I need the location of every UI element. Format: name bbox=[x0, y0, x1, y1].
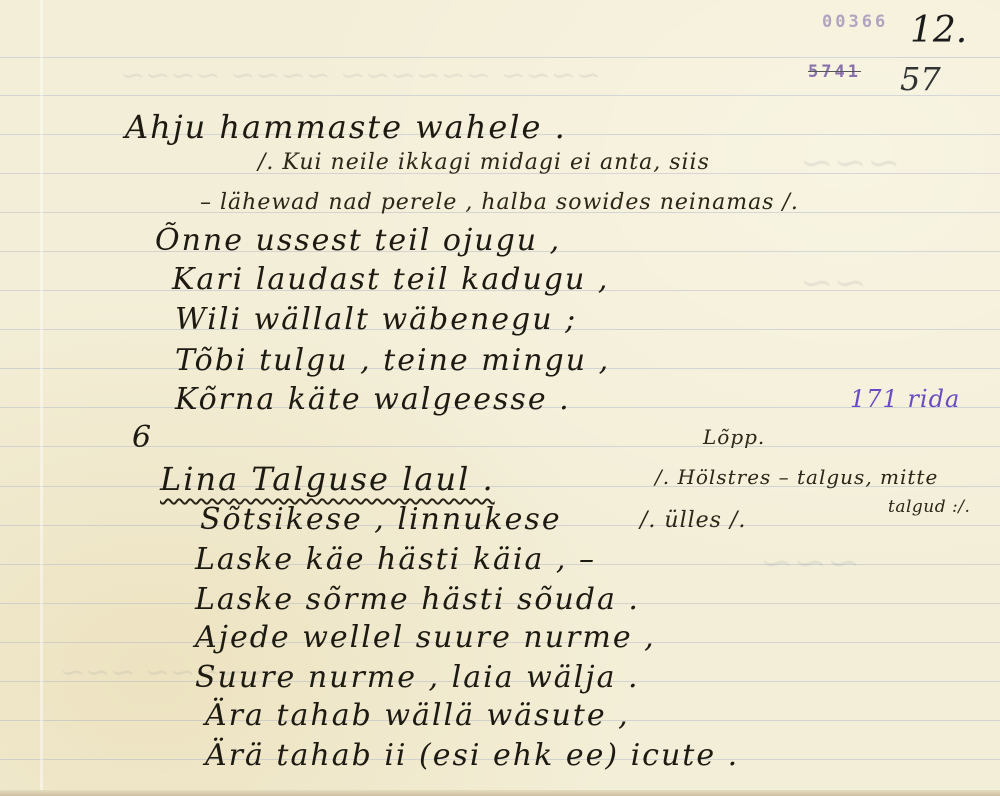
page-number: 57 bbox=[900, 60, 941, 98]
song1-verse: Kõrna käte walgeesse . bbox=[175, 382, 571, 417]
folio-number: 12. bbox=[910, 10, 967, 51]
archive-number-struck: 5741 bbox=[808, 62, 861, 82]
song2-verse: Ära tahab wällä wäsute , bbox=[205, 698, 630, 733]
song1-end-mark: Lõpp. bbox=[703, 425, 765, 449]
song2-title-note-line2: talgud :/. bbox=[888, 497, 970, 517]
song2-verse1-note: /. ülles /. bbox=[640, 508, 746, 533]
ruled-line bbox=[0, 95, 1000, 96]
song1-verse: Õnne ussest teil ojugu , bbox=[155, 223, 561, 258]
song1-verse: Tõbi tulgu , teine mingu , bbox=[175, 343, 610, 378]
bleed-through-text: ~~ bbox=[800, 260, 867, 306]
song1-verse: Wili wällalt wäbenegu ; bbox=[175, 302, 577, 337]
manuscript-page: ~~~~ ~~~~~~ ~~~~ ~~~~ ~~~ ~~ ~~~ ~~~~~~ … bbox=[0, 0, 1000, 796]
line-count-note: 171 rida bbox=[850, 385, 960, 413]
song2-verse: Ajede wellel suure nurme , bbox=[195, 620, 656, 655]
bleed-through-text: ~~~~ ~~~~~~ ~~~~ ~~~~ bbox=[120, 58, 601, 93]
song2-title: Lina Talguse laul . bbox=[160, 460, 495, 498]
archive-stamp: 00366 bbox=[822, 12, 888, 32]
paper-fold bbox=[40, 0, 43, 796]
bleed-through-text: ~~~ bbox=[760, 540, 861, 586]
song1-verse: Kari laudast teil kadugu , bbox=[172, 262, 609, 297]
song2-verse: Suure nurme , laia wälja . bbox=[195, 660, 640, 695]
bleed-through-text: ~~~ bbox=[800, 140, 901, 186]
song1-note-line2: – lähewad nad perele , halba sowides nei… bbox=[200, 190, 799, 215]
song2-verse: Laske sõrme hästi sõuda . bbox=[195, 582, 640, 617]
song2-title-note-line1: /. Hölstres – talgus, mitte bbox=[655, 465, 938, 489]
paper-edge bbox=[0, 790, 1000, 796]
song2-verse: Ärä tahab ii (esi ehk ee) icute . bbox=[205, 738, 739, 773]
song1-title: Ahju hammaste wahele . bbox=[125, 108, 567, 146]
song2-number: 6 bbox=[132, 420, 153, 455]
song2-verse: Sõtsikese , linnukese bbox=[200, 502, 562, 537]
song2-verse: Laske käe hästi käia , – bbox=[195, 542, 596, 577]
song1-note-line1: /. Kui neile ikkagi midagi ei anta, siis bbox=[258, 150, 710, 175]
